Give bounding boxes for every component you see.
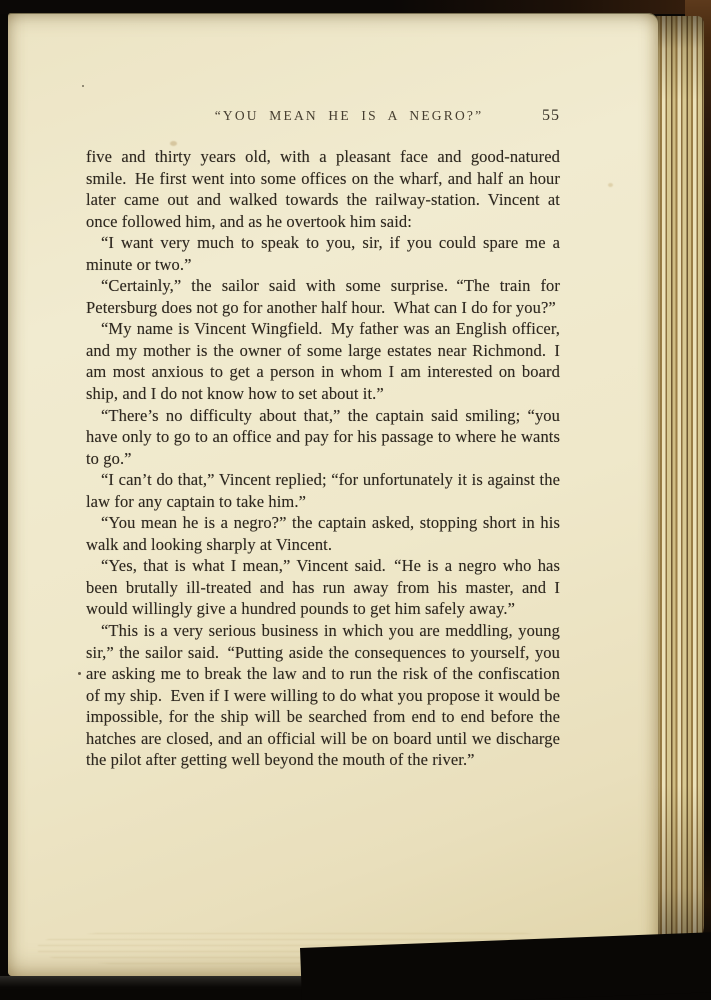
paragraph: five and thirty years old, with a pleasa… bbox=[86, 146, 560, 232]
page-text: five and thirty years old, with a pleasa… bbox=[86, 146, 560, 771]
paragraph: “This is a very serious business in whic… bbox=[86, 620, 560, 771]
paper-stain bbox=[608, 183, 613, 187]
photo-background-top bbox=[0, 0, 711, 14]
ink-speck bbox=[82, 85, 84, 87]
paragraph: “I can’t do that,” Vincent replied; “for… bbox=[86, 469, 560, 512]
paragraph: “My name is Vincent Wingfield. My father… bbox=[86, 318, 560, 404]
paragraph: “You mean he is a negro?” the captain as… bbox=[86, 512, 560, 555]
paragraph: “I want very much to speak to you, sir, … bbox=[86, 232, 560, 275]
book-photo: { "book_page": { "header": { "running_ti… bbox=[0, 0, 711, 1000]
running-title: “YOU MEAN HE IS A NEGRO?” bbox=[112, 108, 586, 124]
paragraph: “Yes, that is what I mean,” Vincent said… bbox=[86, 555, 560, 620]
book-page: “YOU MEAN HE IS A NEGRO?” 55 five and th… bbox=[8, 13, 658, 976]
running-header: “YOU MEAN HE IS A NEGRO?” 55 bbox=[86, 108, 560, 128]
paragraph: “Certainly,” the sailor said with some s… bbox=[86, 275, 560, 318]
ink-speck bbox=[78, 672, 81, 675]
page-number: 55 bbox=[542, 107, 560, 125]
paper-stain bbox=[170, 141, 177, 146]
paragraph: “There’s no difficulty about that,” the … bbox=[86, 405, 560, 470]
